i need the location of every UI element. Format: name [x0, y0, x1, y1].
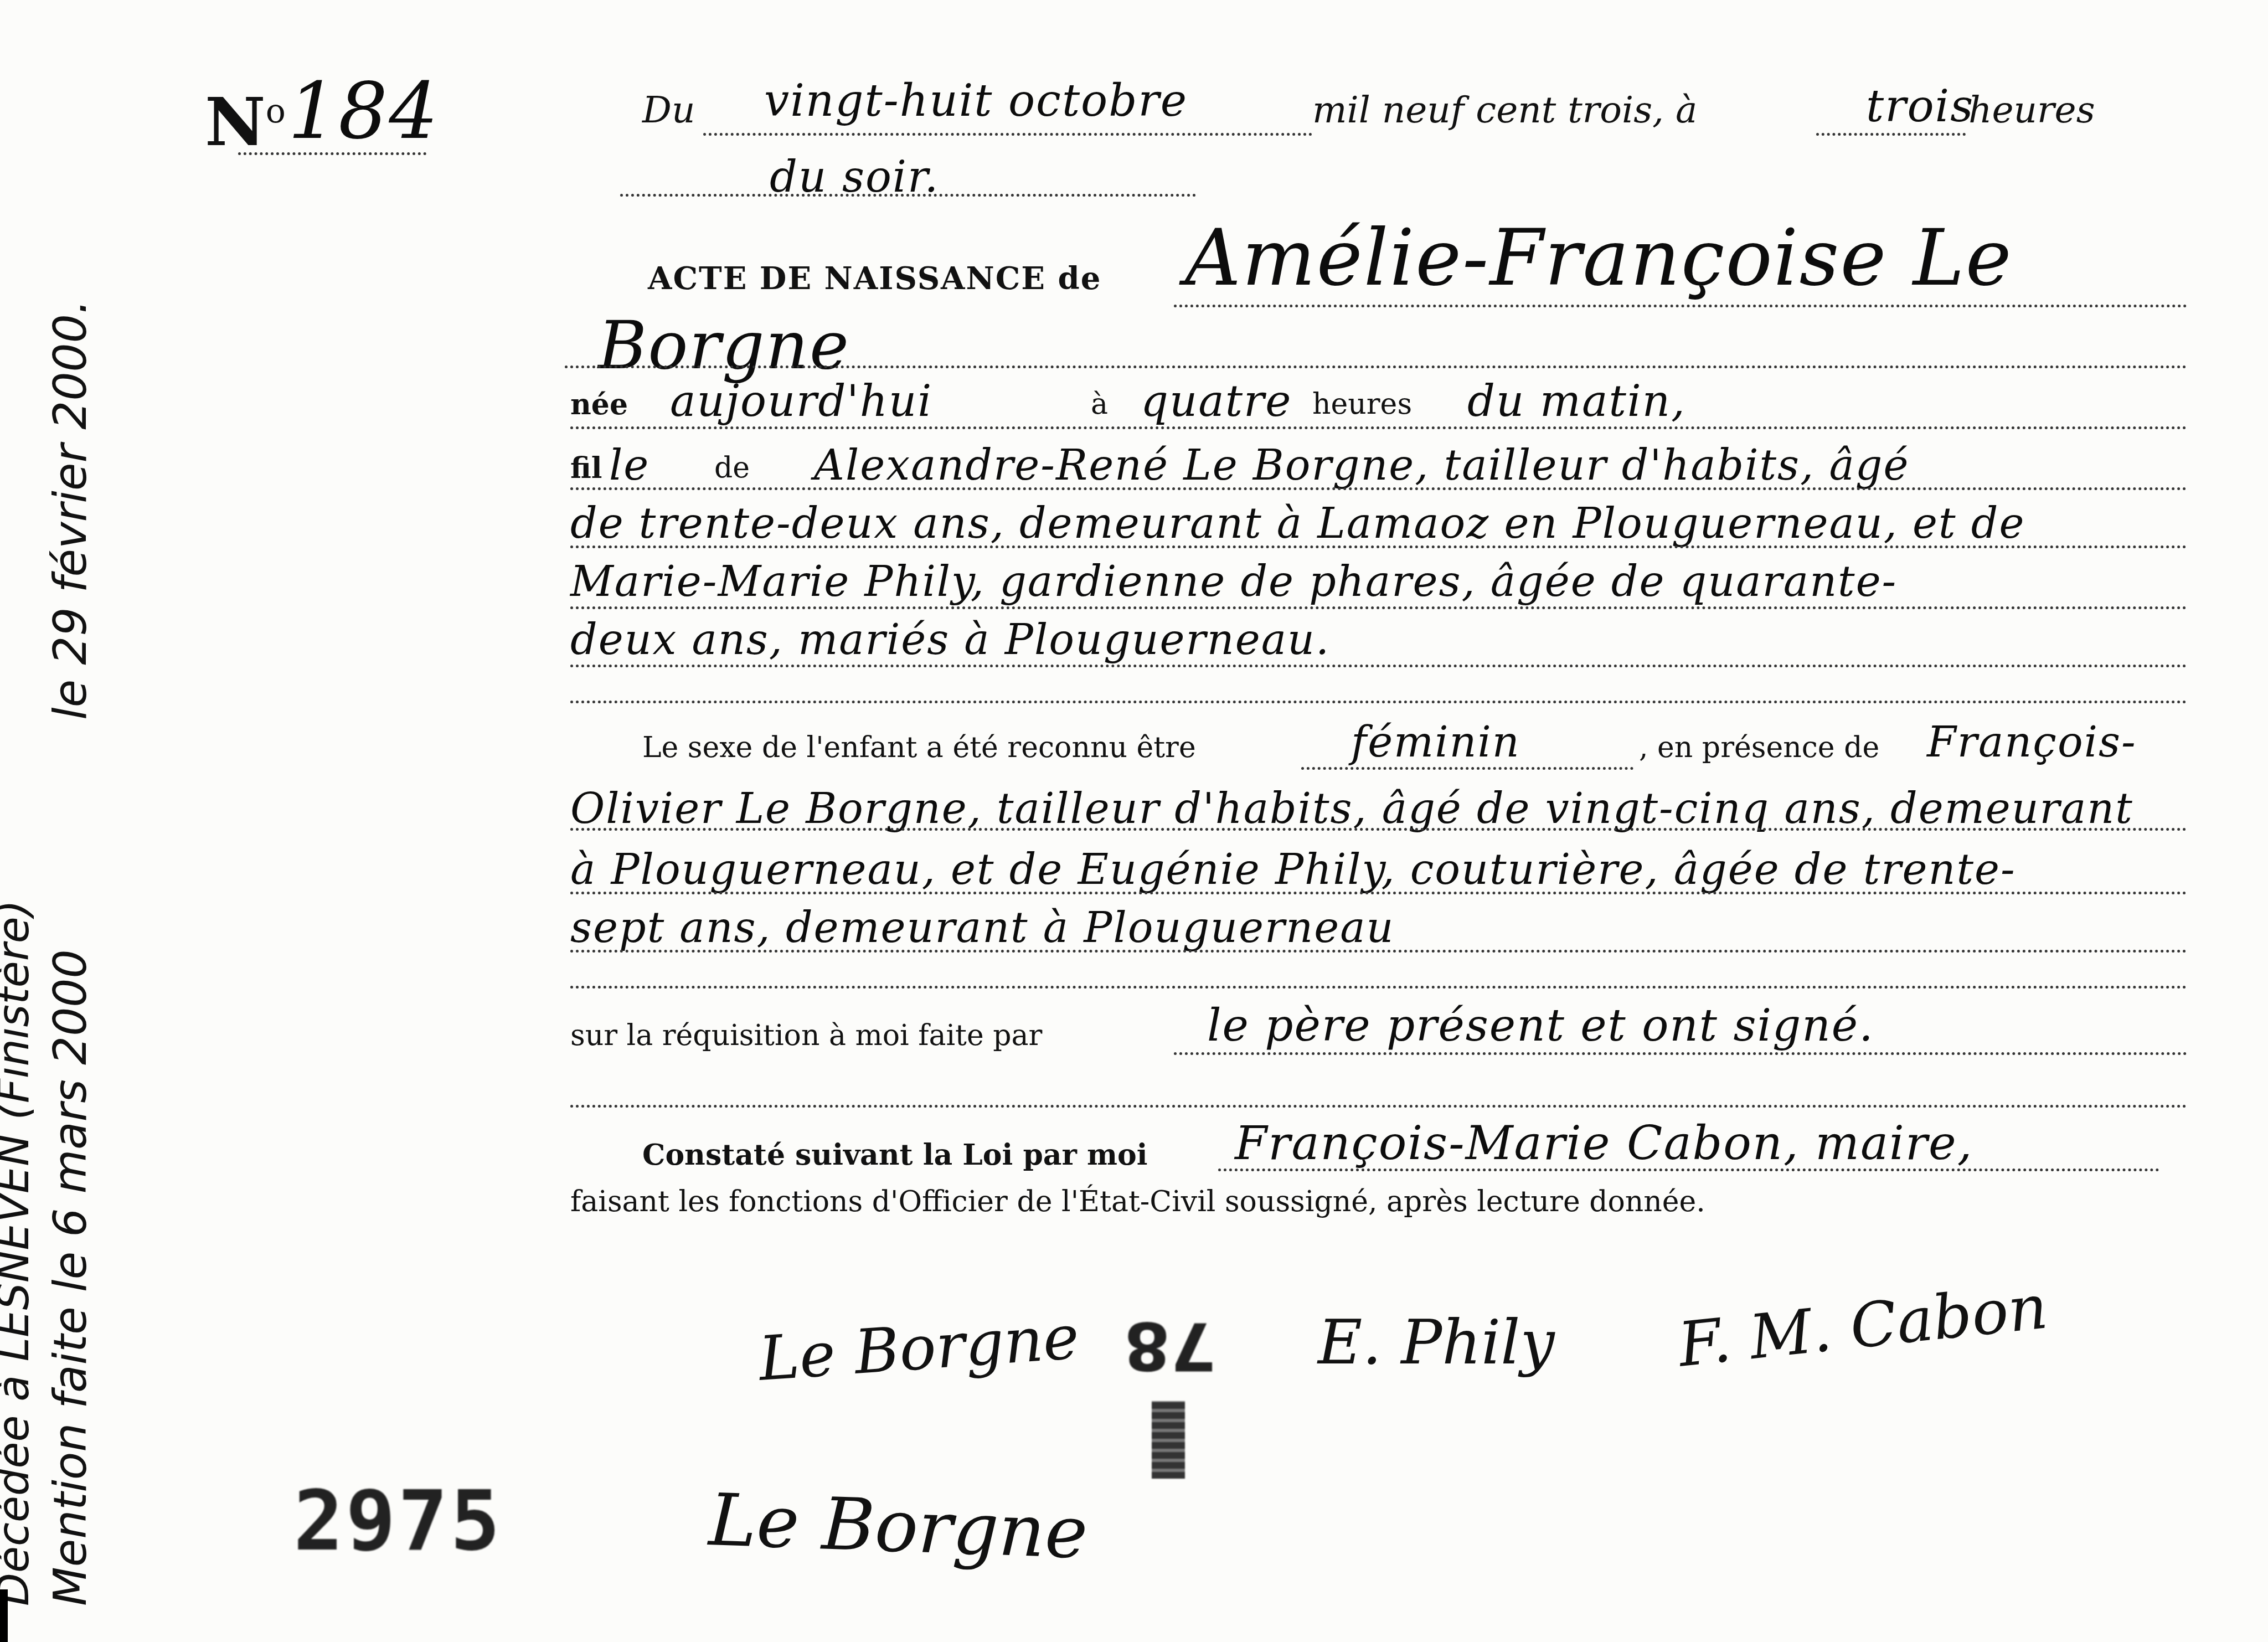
heures-printed: heures: [1968, 89, 2095, 131]
time-of-day-dotline: [620, 194, 1196, 197]
hour-handwritten: trois: [1866, 80, 1974, 132]
requisition-label: sur la réquisition à moi faite par: [570, 1019, 1042, 1052]
witness-dotline-3: [570, 950, 2187, 953]
hour-dotline: [1816, 133, 1966, 136]
requisition-dotline-2: [570, 1105, 2187, 1108]
mention-note: Mention faite le 6 mars 2000: [44, 949, 97, 1606]
fonctions-label: faisant les fonctions d'Officier de l'Ét…: [570, 1185, 1705, 1218]
presence-label: , en présence de: [1639, 731, 1879, 764]
child-name-line1: Amélie-Françoise Le: [1185, 213, 2013, 303]
parents-line3: Marie-Marie Phily, gardienne de phares, …: [570, 557, 1897, 606]
margin-notes: Par acte en date du 29 juin 1926 inscrit…: [127, 166, 626, 1606]
du-label: Du: [642, 89, 695, 131]
year-printed: mil neuf cent trois, à: [1312, 89, 1697, 131]
constate-label: Constaté suivant la Loi par moi: [642, 1138, 1147, 1172]
witness-dotline-4: [570, 986, 2187, 989]
de-label: de: [714, 451, 750, 485]
requisition-dotline: [1174, 1052, 2187, 1055]
numero-dotline: [238, 152, 426, 155]
witness-dotline-2: [570, 892, 2187, 894]
witness-line3: sept ans, demeurant à Plouguerneau: [570, 903, 1395, 952]
sexe-label: Le sexe de l'enfant a été reconnu être: [642, 731, 1196, 764]
numero-label: No: [205, 83, 286, 161]
signature-cabon: F. M. Cabon: [1675, 1271, 2051, 1380]
birth-certificate-page: No 184 Du vingt-huit octobre mil neuf ce…: [0, 0, 2268, 1642]
parents-dotline-3: [570, 606, 2187, 609]
sexe-dotline: [1301, 767, 1633, 770]
parents-line1: Alexandre-René Le Borgne, tailleur d'hab…: [814, 440, 1909, 490]
death-note-line-1: Décédée à LESNEVEN (Finistère): [0, 900, 39, 1606]
parents-line4: deux ans, mariés à Plouguerneau.: [570, 615, 1330, 664]
requisition-handwritten: le père présent et ont signé.: [1207, 1000, 1874, 1051]
birth-period-handwritten: du matin,: [1467, 377, 1686, 426]
death-note-date: le 29 février 2000.: [44, 300, 97, 720]
scan-edge-mark: [0, 1589, 8, 1642]
name-dotline-2: [565, 366, 2187, 368]
signature-le-borgne-1: Le Borgne: [756, 1301, 1081, 1394]
witness-line0: François-: [1927, 717, 2137, 766]
stamp-bar-mark: [1152, 1401, 1185, 1479]
sexe-handwritten: féminin: [1351, 717, 1520, 766]
officer-handwritten: François-Marie Cabon, maire,: [1235, 1116, 1973, 1170]
date-handwritten: vingt-huit octobre: [764, 75, 1188, 126]
parents-dotline-1: [570, 487, 2187, 490]
name-dotline-1: [1174, 305, 2187, 307]
signature-le-borgne-2: Le Borgne: [708, 1478, 1089, 1575]
parents-dotline-4: [570, 665, 2187, 667]
birth-dotline: [570, 426, 2187, 429]
witness-dotline-1: [570, 828, 2187, 831]
birth-a-label: à: [1091, 388, 1108, 421]
officer-dotline: [1218, 1169, 2159, 1171]
signature-e-phily: E. Phily: [1318, 1307, 1555, 1378]
parents-line2: de trente-deux ans, demeurant à Lamaoz e…: [570, 498, 2025, 548]
stamp-number-78: 78: [1124, 1307, 1217, 1384]
birth-hour-handwritten: quatre: [1141, 377, 1292, 426]
blank-dotline: [570, 701, 2187, 703]
birth-day-handwritten: aujourd'hui: [670, 377, 932, 426]
witness-line1: Olivier Le Borgne, tailleur d'habits, âg…: [570, 784, 2133, 833]
parents-dotline-2: [570, 545, 2187, 548]
acte-title: ACTE DE NAISSANCE de: [648, 260, 1101, 297]
date-dotline: [703, 133, 1312, 136]
child-name-line2: Borgne: [598, 307, 850, 384]
numero-value: 184: [288, 66, 439, 157]
birth-heures-label: heures: [1312, 388, 1412, 421]
witness-line2: à Plouguerneau, et de Eugénie Phily, cou…: [570, 845, 2016, 894]
